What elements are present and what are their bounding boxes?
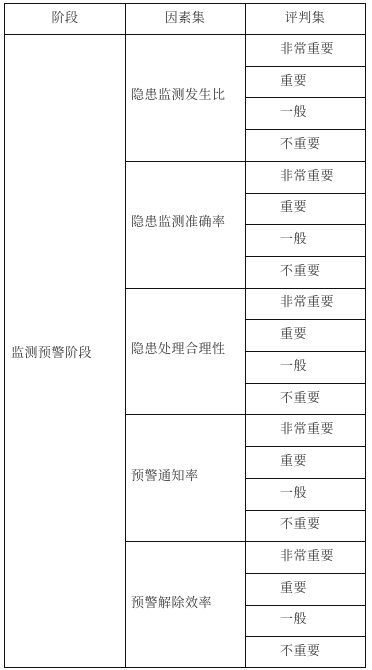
column-divider-1 — [125, 4, 126, 667]
rating-row-divider — [245, 97, 365, 98]
rating-row-divider — [245, 193, 365, 194]
header-stage: 阶段 — [5, 11, 125, 27]
rating-option: 非常重要 — [280, 549, 334, 565]
rating-option: 重要 — [280, 327, 307, 343]
rating-row-divider — [245, 351, 365, 352]
factor-group-divider — [125, 414, 365, 415]
stage-cell: 监测预警阶段 — [11, 346, 92, 362]
rating-row-divider — [245, 129, 365, 130]
rating-option: 不重要 — [280, 517, 321, 533]
factor-group-divider — [125, 288, 365, 289]
rating-row-divider — [245, 573, 365, 574]
header-divider — [5, 34, 365, 35]
rating-option: 一般 — [280, 486, 307, 502]
rating-row-divider — [245, 478, 365, 479]
column-divider-2 — [245, 4, 246, 667]
factor-name: 预警通知率 — [131, 469, 199, 485]
rating-option: 重要 — [280, 200, 307, 216]
rating-option: 不重要 — [280, 137, 321, 153]
rating-option: 非常重要 — [280, 169, 334, 185]
rating-row-divider — [245, 256, 365, 257]
rating-option: 一般 — [280, 359, 307, 375]
factor-name: 隐患处理合理性 — [131, 342, 226, 358]
rating-row-divider — [245, 510, 365, 511]
factor-group-divider — [125, 541, 365, 542]
rating-option: 不重要 — [280, 264, 321, 280]
rating-option: 重要 — [280, 74, 307, 90]
rating-option: 一般 — [280, 612, 307, 628]
rating-row-divider — [245, 636, 365, 637]
rating-row-divider — [245, 446, 365, 447]
rating-option: 非常重要 — [280, 422, 334, 438]
rating-row-divider — [245, 66, 365, 67]
rating-row-divider — [245, 383, 365, 384]
header-rating-set: 评判集 — [245, 11, 365, 27]
factor-group-divider — [125, 161, 365, 162]
header-factor-set: 因素集 — [125, 11, 245, 27]
rating-option: 重要 — [280, 581, 307, 597]
factor-name: 隐患监测发生比 — [131, 88, 226, 104]
rating-option: 非常重要 — [280, 42, 334, 58]
factor-name: 隐患监测准确率 — [131, 215, 226, 231]
rating-option: 一般 — [280, 232, 307, 248]
rating-option: 非常重要 — [280, 295, 334, 311]
evaluation-table: 阶段 因素集 评判集 监测预警阶段 隐患监测发生比非常重要重要一般不重要隐患监测… — [4, 3, 366, 668]
factor-name: 预警解除效率 — [131, 596, 212, 612]
rating-row-divider — [245, 319, 365, 320]
rating-option: 不重要 — [280, 644, 321, 660]
rating-option: 重要 — [280, 454, 307, 470]
rating-option: 一般 — [280, 105, 307, 121]
rating-row-divider — [245, 224, 365, 225]
rating-option: 不重要 — [280, 391, 321, 407]
rating-row-divider — [245, 605, 365, 606]
